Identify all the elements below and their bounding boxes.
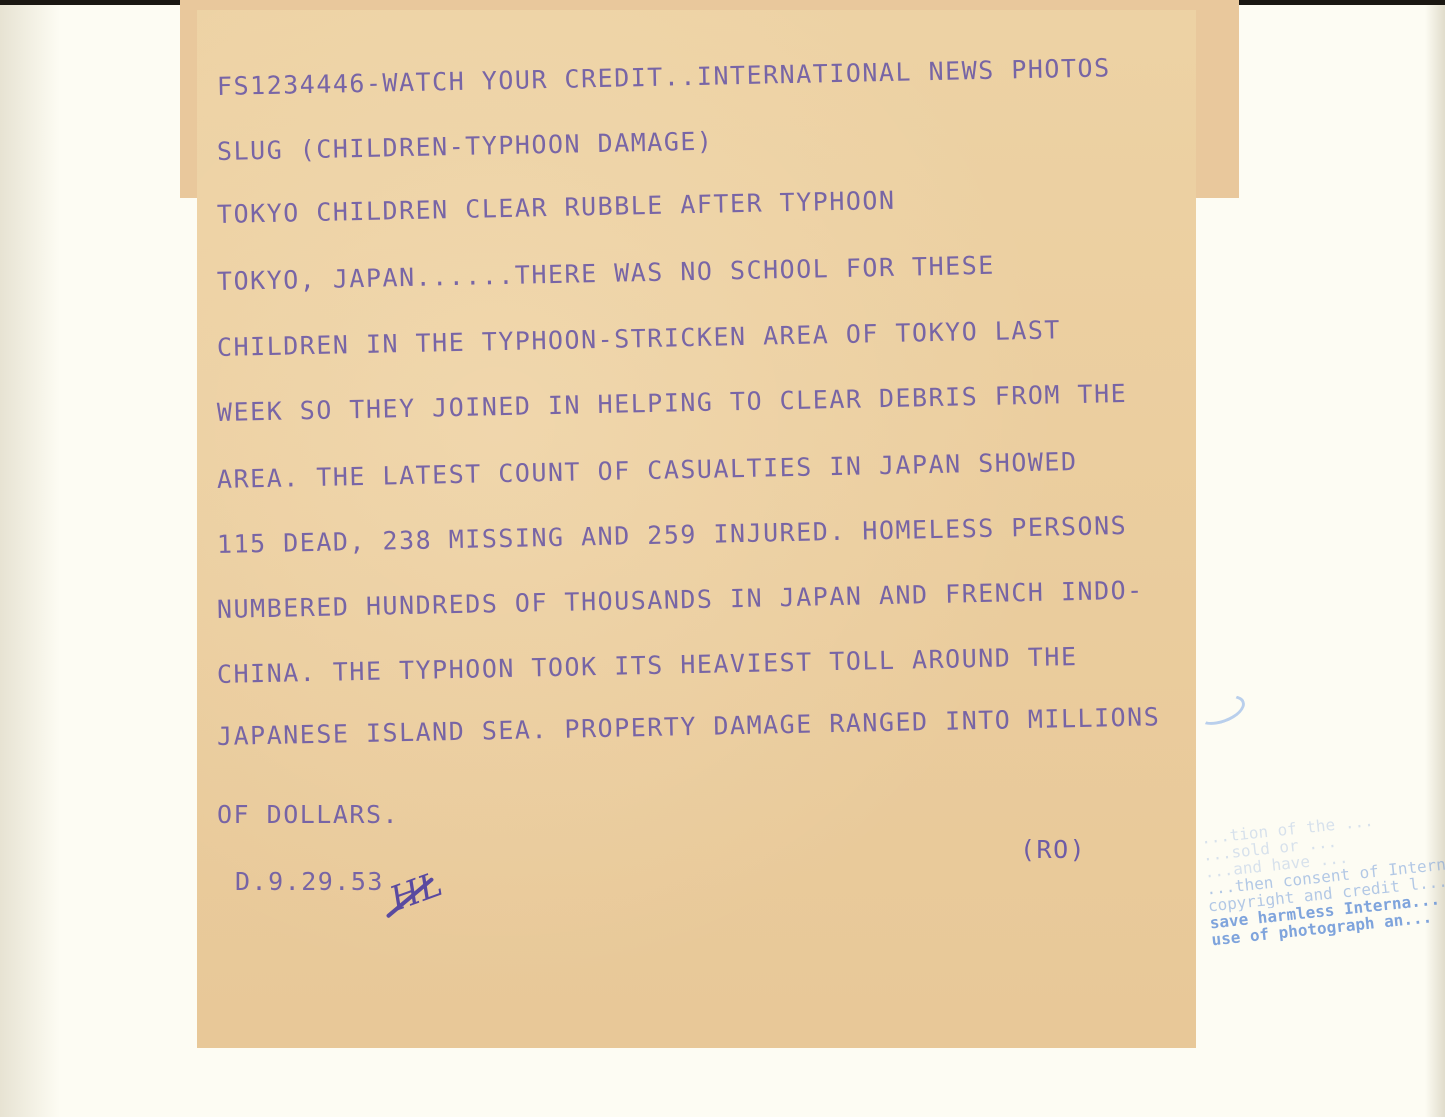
caption-line-body-3: WEEK SO THEY JOINED IN HELPING TO CLEAR … (217, 379, 1128, 427)
caption-line-body-8: JAPANESE ISLAND SEA. PROPERTY DAMAGE RAN… (217, 702, 1161, 751)
caption-line-body-9: OF DOLLARS. (217, 800, 399, 829)
caption-line-body-6: NUMBERED HUNDREDS OF THOUSANDS IN JAPAN … (217, 576, 1144, 624)
caption-line-body-7: CHINA. THE TYPHOON TOOK ITS HEAVIEST TOL… (217, 642, 1078, 689)
faint-date-stamp (1198, 682, 1445, 759)
caption-line-body-2: CHILDREN IN THE TYPHOON-STRICKEN AREA OF… (217, 315, 1062, 362)
caption-line-body-4: AREA. THE LATEST COUNT OF CASUALTIES IN … (217, 447, 1078, 494)
caption-line-headline: TOKYO CHILDREN CLEAR RUBBLE AFTER TYPHOO… (217, 186, 896, 229)
caption-line-body-5: 115 DEAD, 238 MISSING AND 259 INJURED. H… (217, 511, 1128, 559)
caption-line-slug: SLUG (CHILDREN-TYPHOON DAMAGE) (217, 127, 714, 166)
caption-slip: FS1234446-WATCH YOUR CREDIT..INTERNATION… (197, 10, 1196, 1048)
operator-code: (RO) (1020, 835, 1086, 864)
copyright-stamp: ...tion of the ... ...sold or ... ...and… (1200, 804, 1445, 948)
caption-line-body-1: TOKYO, JAPAN......THERE WAS NO SCHOOL FO… (217, 251, 995, 296)
caption-date-code: D.9.29.53 (235, 867, 384, 896)
page-left-edge-stain (0, 5, 60, 1117)
page-right-edge-stain (1425, 5, 1445, 1117)
caption-line-credit: FS1234446-WATCH YOUR CREDIT..INTERNATION… (217, 53, 1111, 101)
